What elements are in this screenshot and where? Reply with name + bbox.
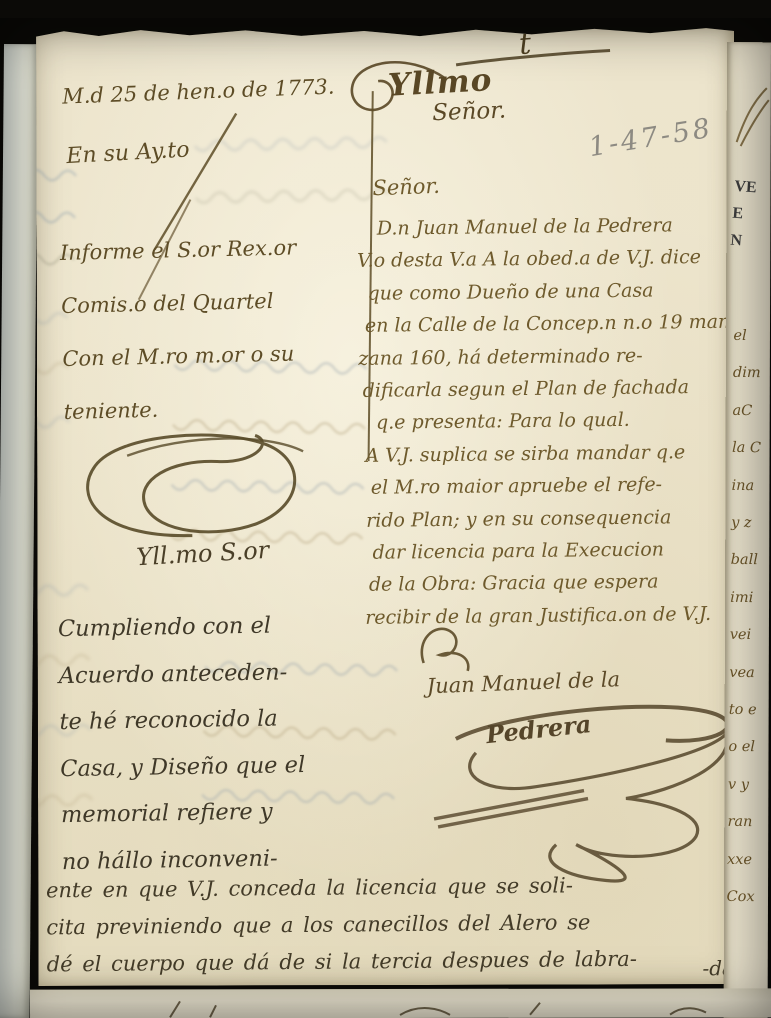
stamp-fragment: VE E N: [729, 173, 771, 257]
adjacent-page-scribble: [731, 82, 771, 152]
petition-line: zana 160, há determinado re-: [358, 338, 758, 375]
fragment: ina: [731, 467, 771, 505]
inner-salutation: Señor.: [372, 174, 440, 201]
date-line: M.d 25 de hen.o de 1773.: [62, 74, 335, 108]
petition-line: de la Obra: Gracia que espera: [369, 565, 761, 602]
fragment: aC: [732, 393, 771, 431]
report-closing-line: dé el cuerpo que dá de si la tercia desp…: [47, 940, 747, 984]
petition-line: en la Calle de la Concep.n n.o 19 man-: [365, 306, 758, 343]
fragment: la C: [732, 430, 771, 468]
decree-line: Informe el S.or Rex.or: [59, 220, 350, 280]
petition-line: A V.J. suplica se sirba mandar q.e: [365, 435, 759, 472]
fragment: dim: [733, 355, 771, 393]
adjacent-page-text-fragments: el dim aC la C ina y z ball imi vei vea …: [726, 318, 771, 917]
report-closing: ente en que V.J. conceda la licencia que…: [46, 866, 747, 984]
stamp-letter-row: VE: [733, 173, 771, 203]
petition-line: q.e presenta: Para lo qual.: [376, 403, 759, 440]
fragment: o el: [728, 729, 768, 767]
manuscript-page: M.d 25 de hen.o de 1773. En su Ay.to t Y…: [36, 26, 737, 986]
salutation-senor: Señor.: [432, 97, 507, 126]
petition-line: D.n Juan Manuel de la Pedrera: [377, 208, 757, 245]
petition-line: que como Dueño de una Casa: [367, 273, 757, 310]
adjacent-page-bottom: [30, 988, 771, 1018]
archive-reference-pencil: 1-47-58: [587, 113, 715, 164]
decree-line: Con el M.ro m.or o su: [62, 326, 353, 386]
fragment: to e: [729, 692, 769, 730]
petition-line: V.o desta V.a A la obed.a de V.J. dice: [357, 241, 757, 278]
report-line: Casa, y Diseño que el: [60, 740, 371, 792]
fragment: vea: [729, 654, 769, 692]
petition-body: D.n Juan Manuel de la Pedrera V.o desta …: [357, 208, 762, 634]
adjacent-page-scribble: [150, 998, 710, 1018]
fragment: Cox: [726, 879, 766, 917]
stamp-letter-row: E: [731, 200, 771, 230]
fragment: y z: [731, 505, 771, 543]
report-line: te hé reconocido la: [59, 694, 370, 746]
report-line: Cumpliendo con el: [58, 601, 369, 653]
stamp-letter-row: N: [729, 227, 769, 257]
signature-paraph: [410, 619, 480, 675]
fragment: imi: [730, 580, 770, 618]
petition-line: el M.ro maior apruebe el refe-: [371, 468, 760, 505]
petition-line: dificarla segun el Plan de fachada: [362, 370, 758, 407]
fragment: v y: [728, 767, 768, 805]
adjacent-page-edge-left: [0, 44, 38, 1018]
report-body: Cumpliendo con el Acuerdo anteceden- te …: [58, 601, 373, 885]
decree-line: Comis.o del Quartel: [61, 273, 352, 333]
fragment: ball: [730, 542, 770, 580]
petition-line: dar licencia para la Execucion: [372, 532, 760, 569]
report-line: Acuerdo anteceden-: [58, 647, 369, 699]
manuscript-scan: M.d 25 de hen.o de 1773. En su Ay.to t Y…: [0, 18, 771, 1018]
fragment: ran: [727, 804, 767, 842]
report-line: memorial refiere y: [61, 787, 372, 839]
fragment: el: [733, 318, 771, 356]
rubric-flourish: [67, 425, 317, 548]
signature-rubric-flourish: [416, 694, 746, 885]
fragment: vei: [730, 617, 770, 655]
fragment: xxe: [727, 842, 767, 880]
petition-line: rido Plan; y en su consequencia: [366, 500, 760, 537]
adjacent-page-right: VE E N el dim aC la C ina y z ball imi v…: [724, 42, 771, 1018]
report-salutation: Yll.mo S.or: [136, 536, 270, 571]
margin-decree: Informe el S.or Rex.or Comis.o del Quart…: [59, 220, 354, 439]
